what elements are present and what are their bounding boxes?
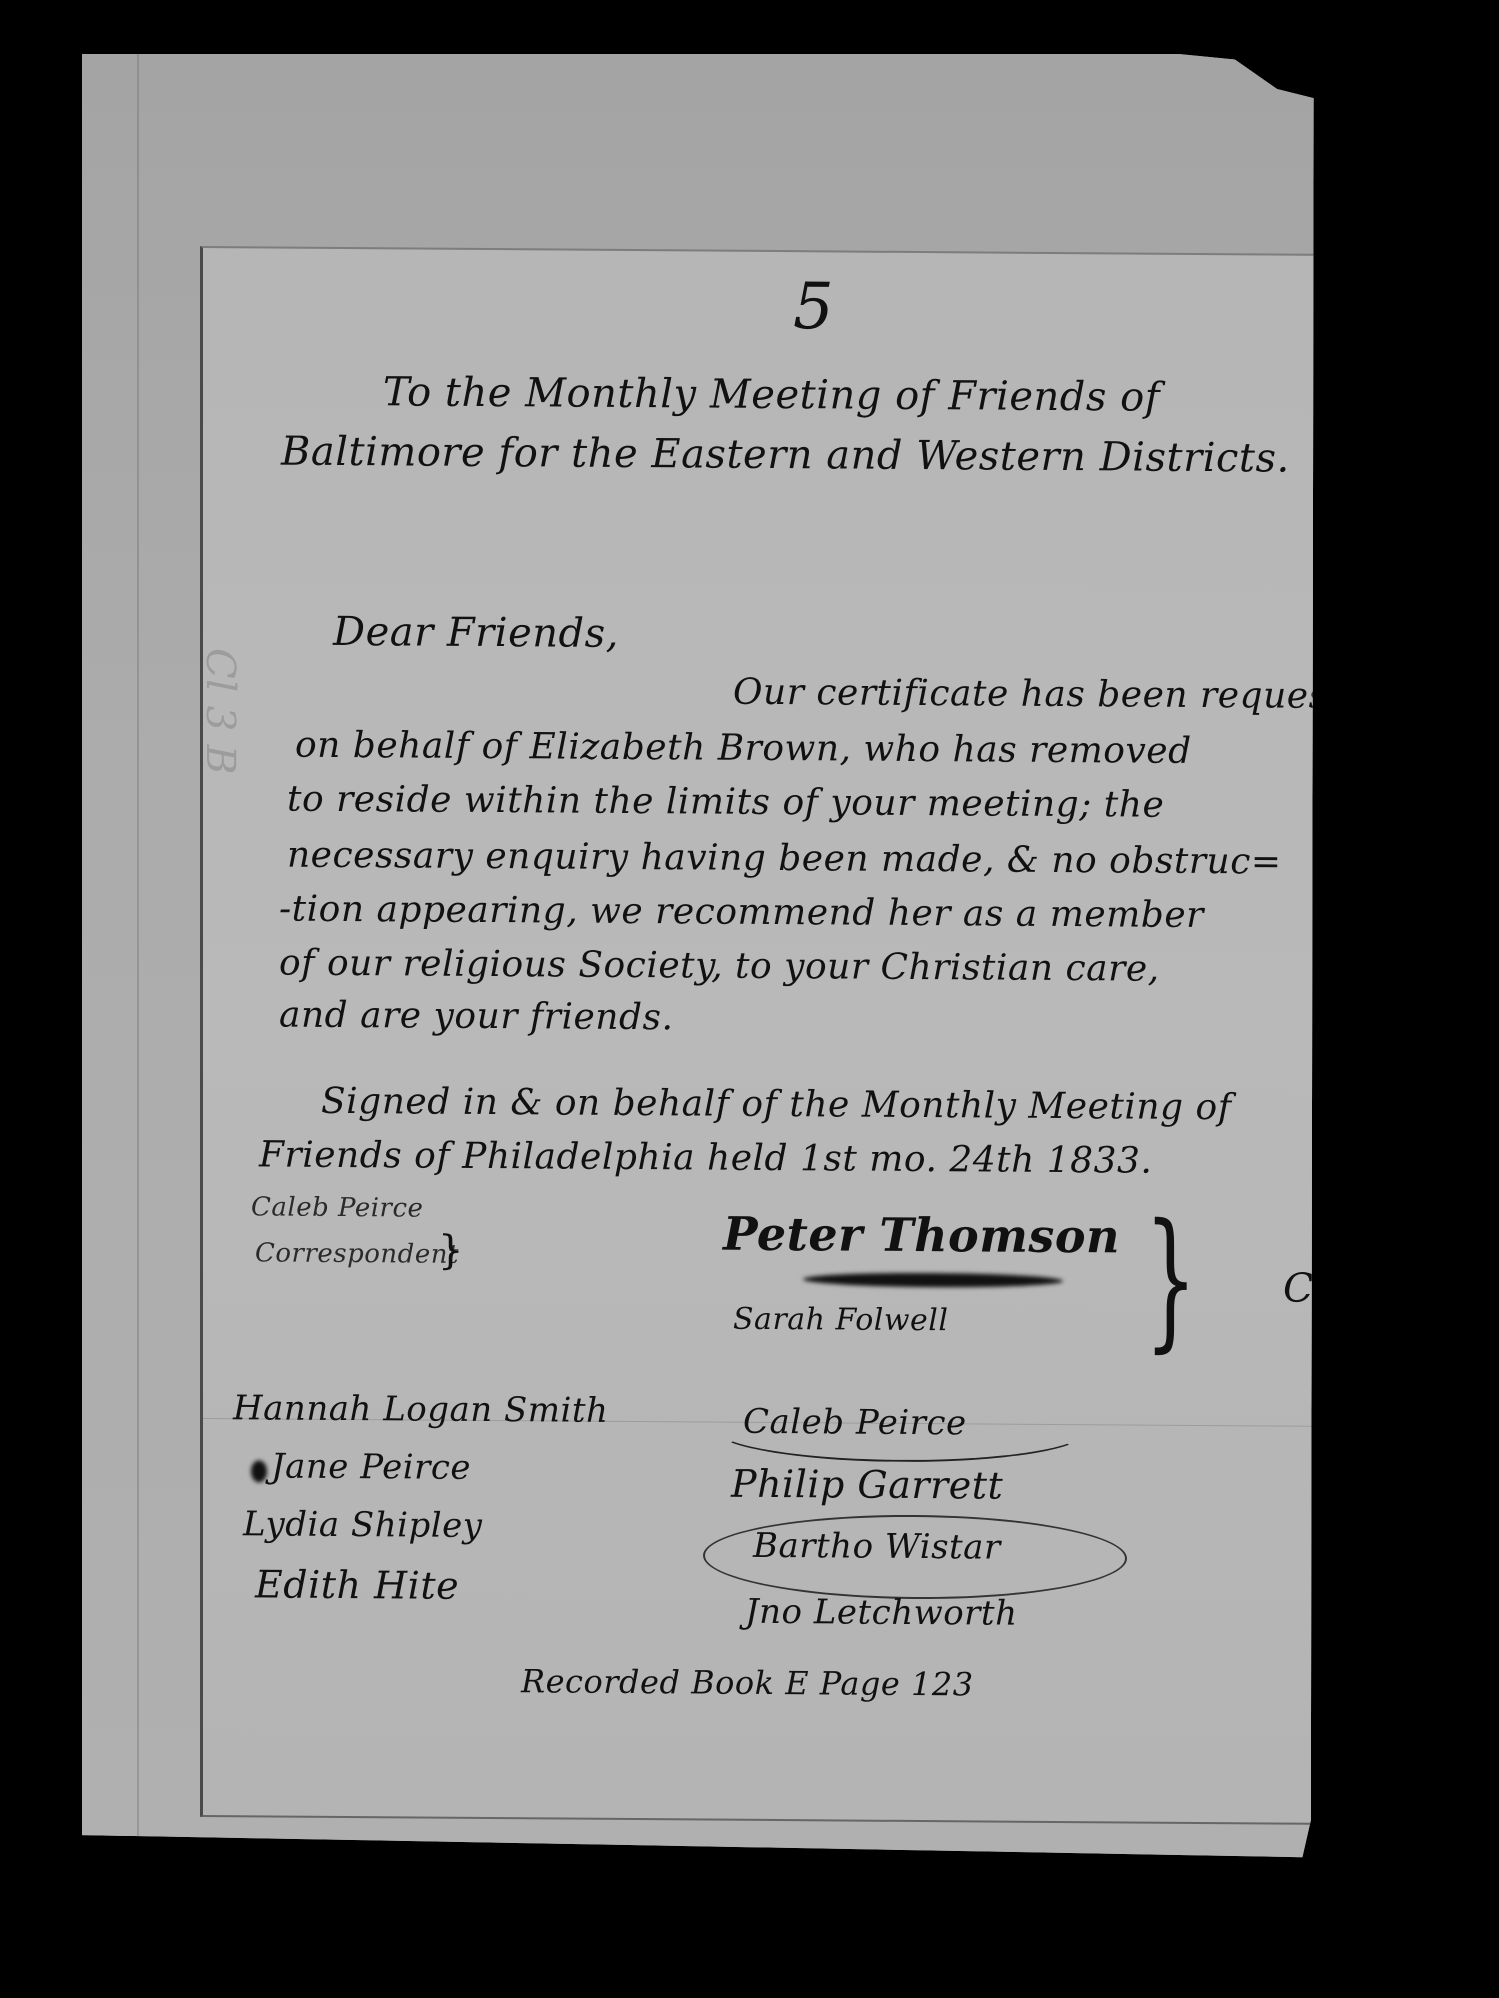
clerks-label: Clks.	[1283, 1266, 1386, 1313]
body-line: of our religious Society, to your Christ…	[279, 943, 1160, 990]
body-line: and are your friends.	[279, 995, 673, 1039]
recorded-note: Recorded Book E Page 123	[521, 1662, 974, 1703]
women-signer: Lydia Shipley	[243, 1504, 482, 1546]
signature-flourish	[713, 1397, 1087, 1464]
ink-blot	[251, 1460, 267, 1482]
clerks-brace: }	[1144, 1205, 1196, 1355]
closing-line-1: Signed in & on behalf of the Monthly Mee…	[321, 1081, 1232, 1128]
body-line: on behalf of Elizabeth Brown, who has re…	[295, 725, 1192, 772]
closing-line-2: Friends of Philadelphia held 1st mo. 24t…	[259, 1134, 1152, 1181]
paper-sheet: 5 To the Monthly Meeting of Friends of B…	[82, 54, 1488, 1894]
body-line: to reside within the limits of your meet…	[287, 779, 1164, 826]
women-signer: Jane Peirce	[271, 1446, 471, 1487]
signature-flourish	[703, 1514, 1127, 1601]
certificate-page: 5 To the Monthly Meeting of Friends of B…	[200, 246, 1475, 1826]
margin-faint-marks: Cl 3 B	[197, 648, 243, 775]
women-signer: Edith Hite	[255, 1562, 459, 1607]
paper-stain	[1294, 1938, 1316, 1968]
clerk-signature: Peter Thomson	[723, 1207, 1120, 1264]
men-signer: Philip Garrett	[731, 1462, 1003, 1508]
salutation: Dear Friends,	[333, 609, 619, 657]
address-line-2: Baltimore for the Eastern and Western Di…	[281, 429, 1290, 482]
address-line-1: To the Monthly Meeting of Friends of	[383, 369, 1160, 420]
body-line: -tion appearing, we recommend her as a m…	[279, 889, 1204, 936]
page-number: 5	[793, 270, 834, 344]
paper-stain	[1018, 1910, 1036, 1932]
correspondent-brace: }	[438, 1228, 463, 1274]
body-line: necessary enquiry having been made, & no…	[287, 835, 1282, 883]
paper-stain	[826, 1968, 850, 1998]
women-signer: Hannah Logan Smith	[233, 1388, 608, 1431]
ink-flourish	[803, 1272, 1063, 1288]
clerk-signature: Sarah Folwell	[733, 1302, 948, 1339]
men-signer: Jno Letchworth	[745, 1592, 1018, 1634]
body-line: Our certificate has been requested	[733, 672, 1388, 718]
correspondent-role: Correspondent	[255, 1238, 459, 1269]
correspondent-name: Caleb Peirce	[251, 1192, 423, 1223]
fold-line	[137, 54, 139, 1894]
